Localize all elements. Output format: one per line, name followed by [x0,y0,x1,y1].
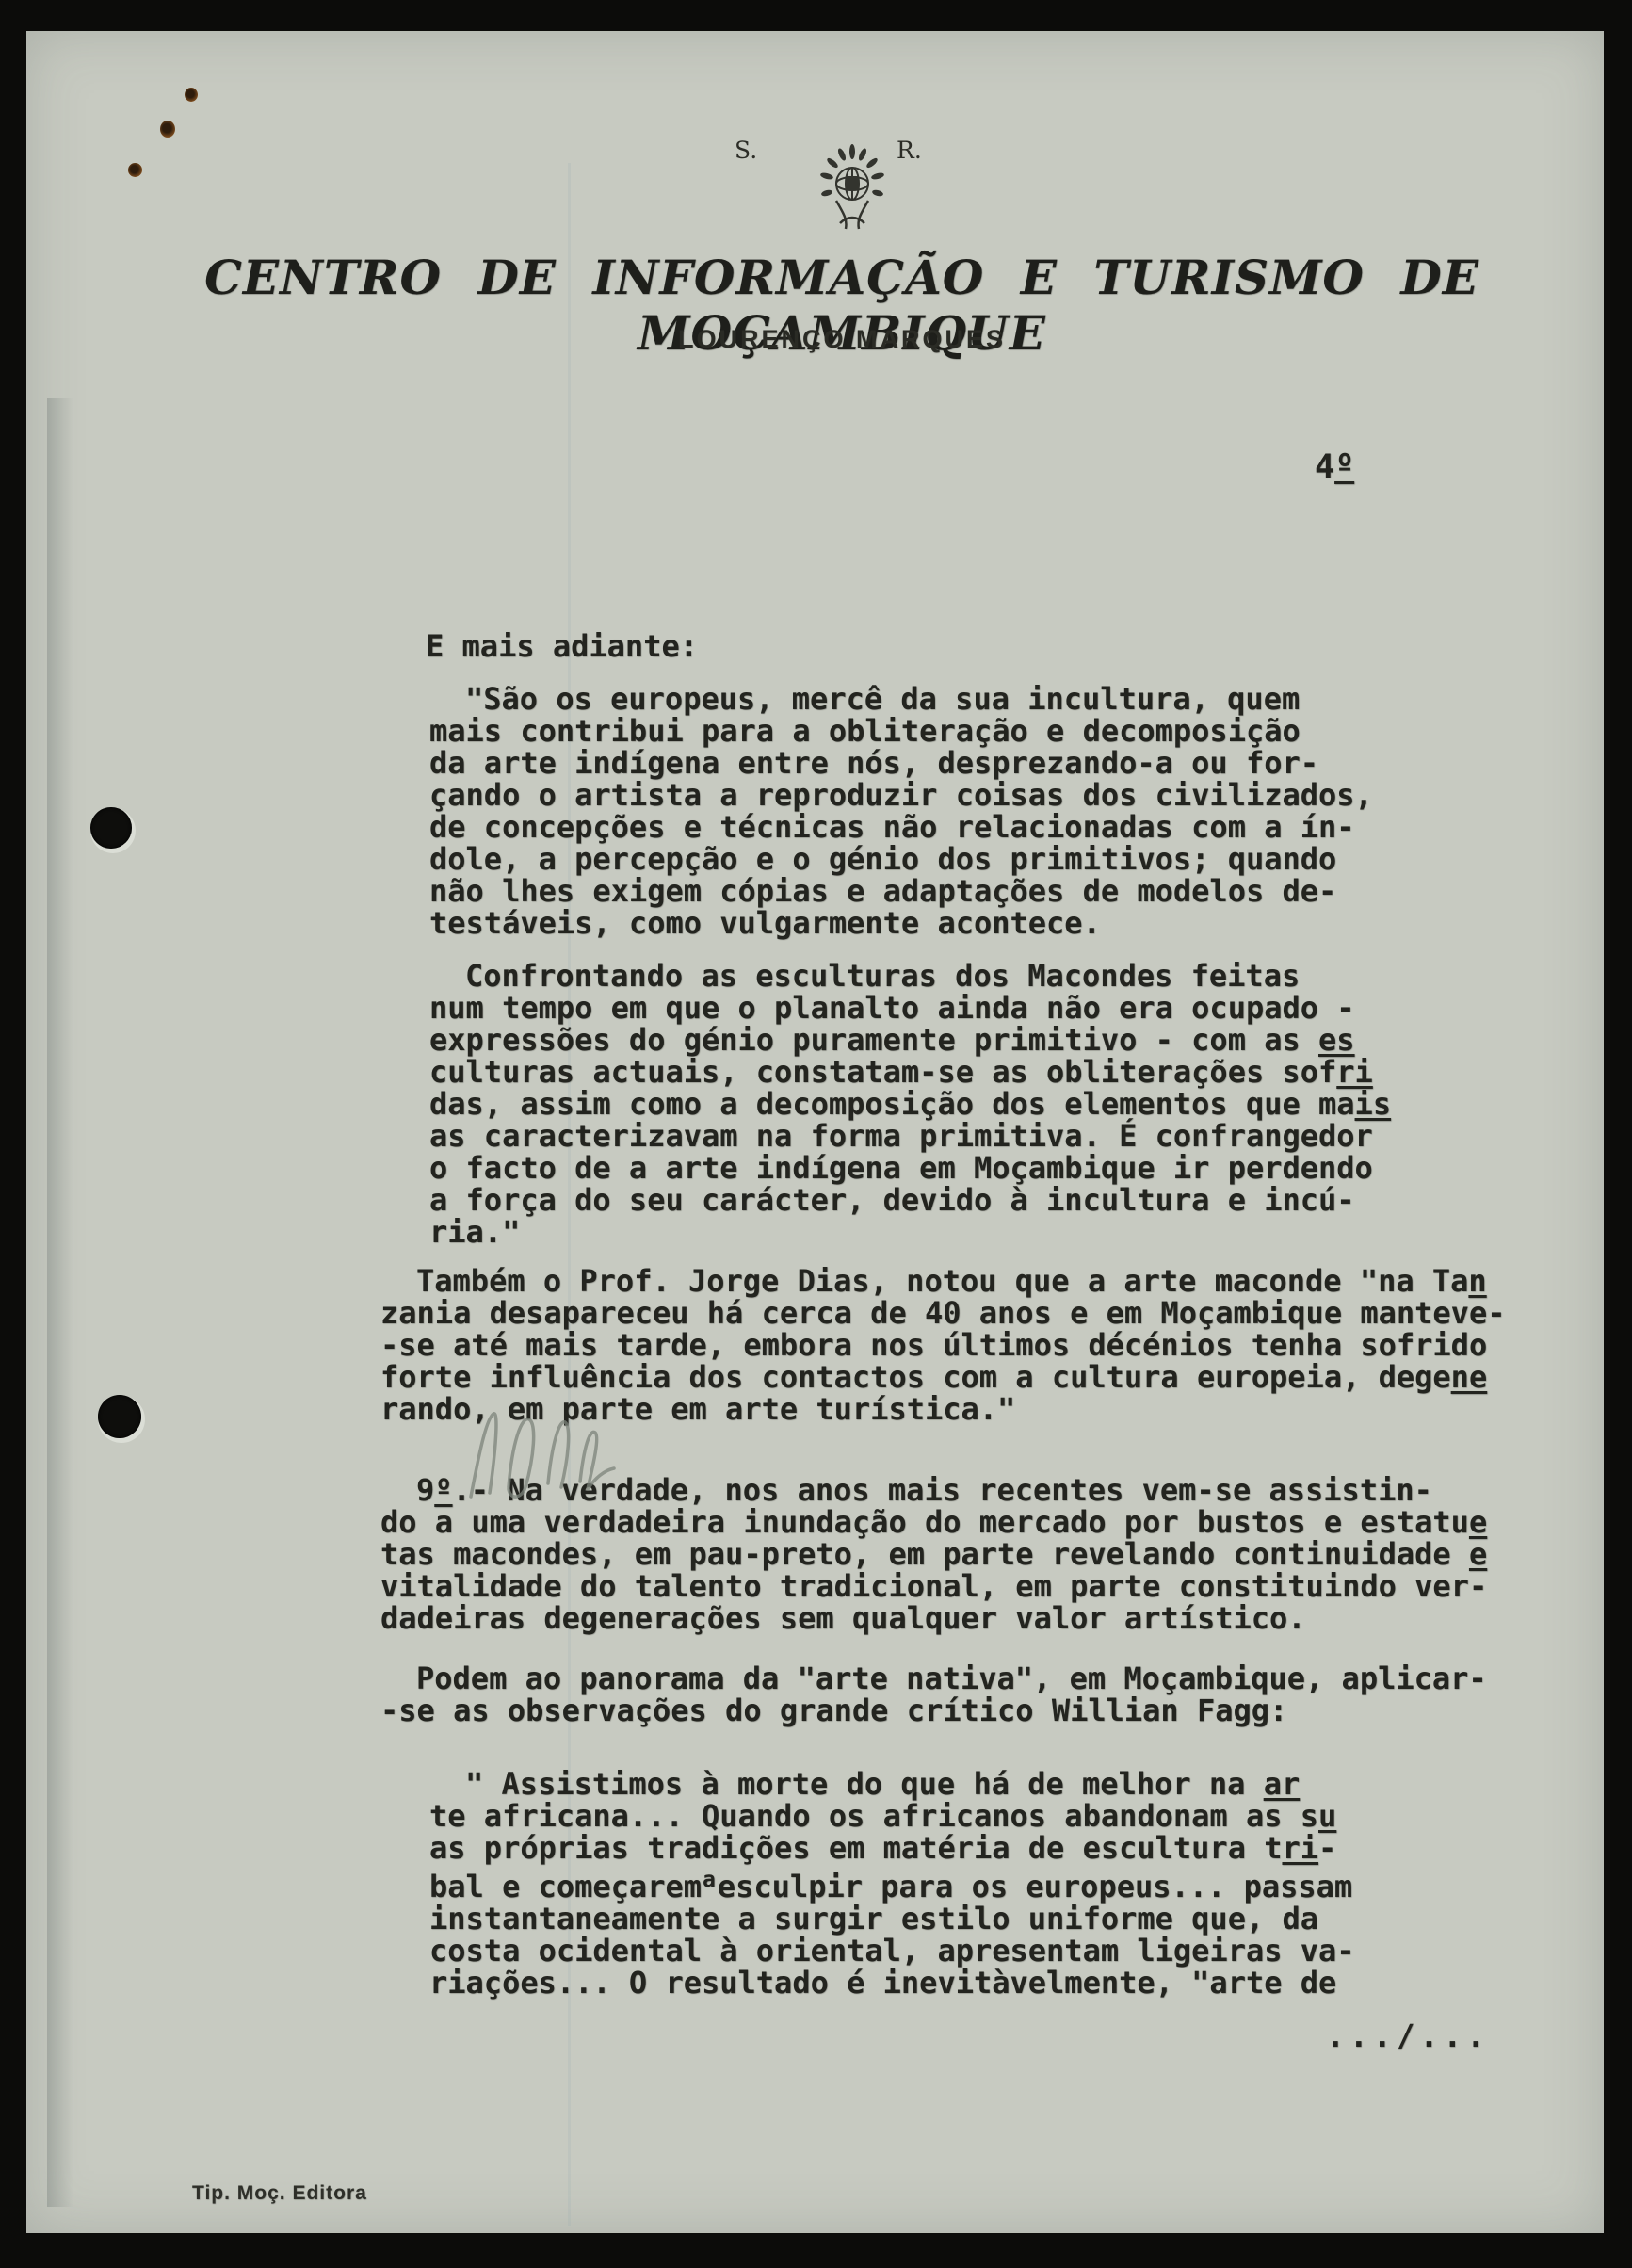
text-line: tas macondes, em pau-preto, em parte rev… [380,1538,1487,1570]
paragraph-podem-panorama: Podem ao panorama da "arte nativa", em M… [380,1662,1487,1726]
scanned-document-page: S. R. [0,0,1632,2268]
printer-imprint: Tip. Moç. Editora [192,2182,367,2205]
text-line: riações... O resultado é inevitàvelmente… [429,1967,1355,1999]
letterhead-subtitle: LOURENÇO MARQUES [53,325,1631,354]
text-line: as próprias tradições em matéria de escu… [429,1832,1355,1864]
text-line: dadeiras degenerações sem qualquer valor… [380,1602,1487,1634]
text-line: "São os europeus, mercê da sua incultura… [429,683,1373,715]
text-line: Podem ao panorama da "arte nativa", em M… [380,1662,1487,1694]
text-line: bal e começaremaesculpir para os europeu… [429,1864,1355,1903]
text-line: Confrontando as esculturas dos Macondes … [429,960,1391,992]
text-line: o facto de a arte indígena em Moçambique… [429,1152,1391,1184]
text-line: te africana... Quando os africanos aband… [429,1800,1355,1832]
text-line: Também o Prof. Jorge Dias, notou que a a… [380,1265,1505,1297]
text-line: vitalidade do talento tradicional, em pa… [380,1570,1487,1602]
coat-of-arms-icon [808,140,897,235]
text-line: culturas actuais, constatam-se as oblite… [429,1056,1391,1088]
intro-line: E mais adiante: [426,630,698,662]
text-line: as caracterizavam na forma primitiva. É … [429,1120,1391,1152]
text-line: de concepções e técnicas não relacionada… [429,811,1373,843]
blockquote-confrontando: Confrontando as esculturas dos Macondes … [429,960,1391,1248]
handwritten-annotation [461,1399,622,1512]
text-line: a força do seu carácter, devido à incult… [429,1184,1391,1216]
text-line: mais contribui para a obliteração e deco… [429,715,1373,747]
rust-spot [128,163,142,177]
header-r-mark: R. [897,137,922,164]
punch-hole-bottom [98,1395,141,1438]
header-s-mark: S. [735,137,757,164]
text-line: çando o artista a reproduzir coisas dos … [429,779,1373,811]
text-line: dole, a percepção e o génio dos primitiv… [429,843,1373,875]
page-number: 4º [1315,451,1354,483]
rust-spot [185,88,198,102]
continuation-marker: .../... [1326,2020,1490,2052]
text-line: costa ocidental à oriental, apresentam l… [429,1935,1355,1967]
text-line: num tempo em que o planalto ainda não er… [429,992,1391,1024]
blockquote-europeus: "São os europeus, mercê da sua incultura… [429,683,1373,939]
text-line: -se as observações do grande crítico Wil… [380,1694,1487,1726]
text-line: das, assim como a decomposição dos eleme… [429,1088,1391,1120]
text-line: expressões do génio puramente primitivo … [429,1024,1391,1056]
paper-sheet: S. R. [26,31,1604,2233]
text-line: zania desapareceu há cerca de 40 anos e … [380,1297,1505,1329]
blockquote-fagg: " Assistimos à morte do que há de melhor… [429,1768,1355,1999]
rust-spot [160,121,175,138]
punch-hole-top [90,807,132,849]
text-line: -se até mais tarde, embora nos últimos d… [380,1329,1505,1361]
text-line: forte influência dos contactos com a cul… [380,1361,1505,1393]
text-line: instantaneamente a surgir estilo uniform… [429,1903,1355,1935]
text-line: testáveis, como vulgarmente acontece. [429,907,1373,939]
text-line: ria." [429,1216,1391,1248]
text-line: da arte indígena entre nós, desprezando-… [429,747,1373,779]
text-line: não lhes exigem cópias e adaptações de m… [429,875,1373,907]
text-line: " Assistimos à morte do que há de melhor… [429,1768,1355,1800]
left-edge-shadow [47,398,73,2207]
